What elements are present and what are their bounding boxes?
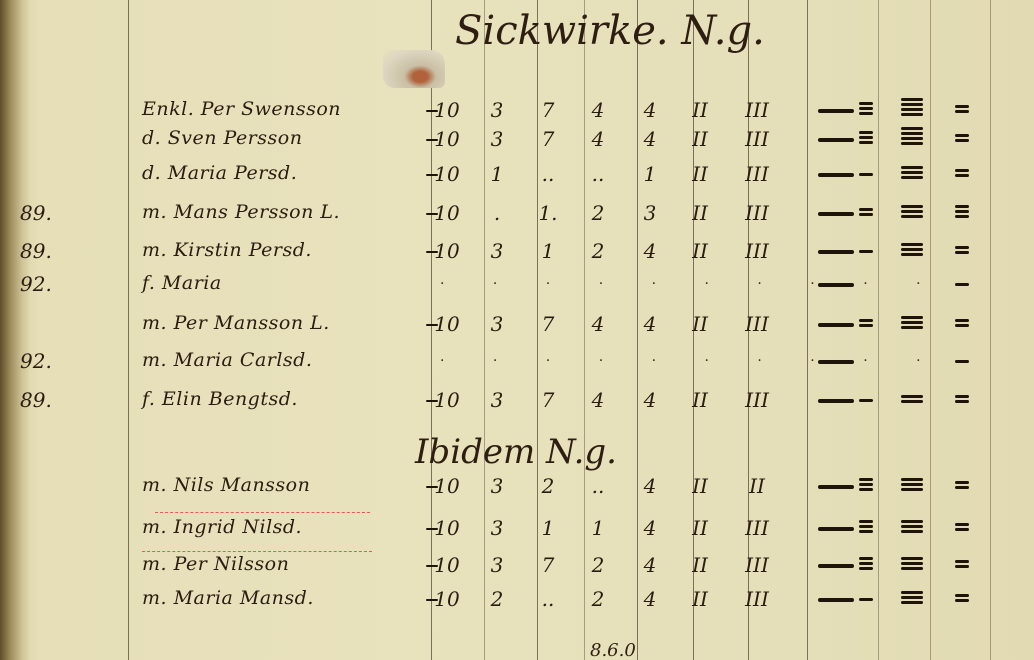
tally-marks <box>900 589 924 606</box>
value-cell: 3 <box>477 553 517 577</box>
tally-marks <box>854 100 878 117</box>
table-row: m. Maria Mansd.102..24IIIII <box>0 581 1034 617</box>
value-cell: 4 <box>630 516 670 540</box>
value-cell: 3 <box>477 127 517 151</box>
tally-marks <box>950 479 974 491</box>
tally-marks <box>900 555 924 572</box>
value-cell: 3 <box>477 388 517 412</box>
value-cell: II <box>680 587 720 611</box>
dotted-placeholder: · · · · · · · · · · <box>440 276 943 292</box>
left-margin-number: 92. <box>20 272 52 296</box>
value-cell: 10 <box>427 516 467 540</box>
value-cell: II <box>680 239 720 263</box>
value-cell: 4 <box>578 127 618 151</box>
tally-marks <box>900 96 924 118</box>
value-cell: III <box>737 553 777 577</box>
value-cell: 4 <box>630 553 670 577</box>
person-name: m. Ingrid Nilsd. <box>142 516 302 538</box>
dotted-placeholder: · · · · · · · · · · <box>440 353 943 369</box>
left-margin-number: 89. <box>20 239 52 263</box>
tally-long-stroke <box>818 109 854 113</box>
table-row: m. Ingrid Nilsd.103114IIIII <box>0 510 1034 546</box>
value-cell: 3 <box>477 312 517 336</box>
tally-long-stroke <box>818 485 854 489</box>
value-cell: 4 <box>578 312 618 336</box>
person-name: m. Maria Mansd. <box>142 587 314 609</box>
tally-marks <box>854 248 878 255</box>
value-cell: 3 <box>630 201 670 225</box>
table-row: d. Sven Persson103744IIIII <box>0 121 1034 157</box>
tally-long-stroke <box>818 283 854 287</box>
value-cell: 10 <box>427 239 467 263</box>
tally-marks <box>854 555 878 572</box>
red-dashed-annotation <box>142 551 372 552</box>
value-cell: 3 <box>477 98 517 122</box>
tally-marks <box>854 397 878 404</box>
table-row: 92.f. Maria· · · · · · · · · · <box>0 266 1034 302</box>
tally-marks <box>900 476 924 493</box>
tally-marks <box>950 132 974 144</box>
value-cell: 7 <box>528 553 568 577</box>
table-row: 89.m. Mans Persson L.10.1.23IIIII <box>0 195 1034 231</box>
tally-long-stroke <box>818 598 854 602</box>
value-cell: 10 <box>427 312 467 336</box>
value-cell: 2 <box>578 239 618 263</box>
tally-marks <box>854 317 878 329</box>
table-row: d. Maria Persd.101....1IIIII <box>0 156 1034 192</box>
value-cell: .. <box>578 474 618 498</box>
value-cell: 1. <box>528 201 568 225</box>
person-name: d. Maria Persd. <box>142 162 297 184</box>
person-name: d. Sven Persson <box>142 127 302 149</box>
value-cell: 2 <box>477 587 517 611</box>
person-name: Enkl. Per Swensson <box>142 98 341 120</box>
value-cell: II <box>680 162 720 186</box>
tally-marks <box>950 317 974 329</box>
value-cell: II <box>680 553 720 577</box>
tally-marks <box>950 281 974 288</box>
value-cell: II <box>680 388 720 412</box>
value-cell: 7 <box>528 312 568 336</box>
tally-marks <box>900 125 924 147</box>
tally-long-stroke <box>818 564 854 568</box>
value-cell: III <box>737 127 777 151</box>
person-name: f. Elin Bengtsd. <box>142 388 298 410</box>
tally-long-stroke <box>818 527 854 531</box>
value-cell: 10 <box>427 162 467 186</box>
tally-marks <box>854 518 878 535</box>
value-cell: III <box>737 587 777 611</box>
tally-long-stroke <box>818 138 854 142</box>
tally-long-stroke <box>818 173 854 177</box>
table-row: m. Per Nilsson103724IIIII <box>0 547 1034 583</box>
value-cell: 1 <box>630 162 670 186</box>
value-cell: II <box>680 474 720 498</box>
table-row: m. Per Mansson L.103744IIIII <box>0 306 1034 342</box>
value-cell: 4 <box>578 98 618 122</box>
tally-marks <box>854 171 878 178</box>
value-cell: 3 <box>477 516 517 540</box>
value-cell: III <box>737 239 777 263</box>
tally-marks <box>950 103 974 115</box>
value-cell: 3 <box>477 474 517 498</box>
value-cell: 10 <box>427 587 467 611</box>
person-name: f. Maria <box>142 272 222 294</box>
tally-marks <box>950 558 974 570</box>
value-cell: 10 <box>427 553 467 577</box>
tally-marks <box>950 167 974 179</box>
value-cell: III <box>737 312 777 336</box>
value-cell: 3 <box>477 239 517 263</box>
value-cell: III <box>737 162 777 186</box>
value-cell: 1 <box>578 516 618 540</box>
table-row: 92.m. Maria Carlsd.· · · · · · · · · · <box>0 343 1034 379</box>
value-cell: 10 <box>427 98 467 122</box>
value-cell: . <box>477 201 517 225</box>
tally-marks <box>950 358 974 365</box>
value-cell: II <box>680 312 720 336</box>
tally-marks <box>900 314 924 331</box>
tally-marks <box>900 518 924 535</box>
red-dashed-annotation <box>155 512 370 513</box>
value-cell: 10 <box>427 388 467 412</box>
value-cell: III <box>737 516 777 540</box>
person-name: m. Maria Carlsd. <box>142 349 312 371</box>
value-cell: 2 <box>578 587 618 611</box>
value-cell: 4 <box>630 388 670 412</box>
value-cell: 4 <box>578 388 618 412</box>
value-cell: 2 <box>578 553 618 577</box>
left-margin-number: 89. <box>20 201 52 225</box>
tally-long-stroke <box>818 250 854 254</box>
tally-marks <box>950 393 974 405</box>
tally-marks <box>854 596 878 603</box>
value-cell: 4 <box>630 127 670 151</box>
value-cell: III <box>737 98 777 122</box>
tally-marks <box>950 521 974 533</box>
tally-marks <box>900 203 924 220</box>
value-cell: 4 <box>630 312 670 336</box>
value-cell: 4 <box>630 98 670 122</box>
value-cell: 10 <box>427 127 467 151</box>
value-cell: .. <box>528 587 568 611</box>
value-cell: 7 <box>528 388 568 412</box>
tally-marks <box>950 244 974 256</box>
tally-long-stroke <box>818 360 854 364</box>
value-cell: 1 <box>477 162 517 186</box>
value-cell: II <box>680 516 720 540</box>
value-cell: 4 <box>630 587 670 611</box>
value-cell: 7 <box>528 127 568 151</box>
value-cell: 7 <box>528 98 568 122</box>
value-cell: 10 <box>427 201 467 225</box>
value-cell: III <box>737 388 777 412</box>
left-margin-number: 92. <box>20 349 52 373</box>
tally-long-stroke <box>818 323 854 327</box>
tally-marks <box>900 164 924 181</box>
table-row: 89.m. Kirstin Persd.103124IIIII <box>0 233 1034 269</box>
tally-marks <box>854 129 878 146</box>
tally-long-stroke <box>818 212 854 216</box>
value-cell: 1 <box>528 516 568 540</box>
section-heading: Sickwirke. N.g. <box>455 8 765 54</box>
value-cell: II <box>680 127 720 151</box>
value-cell: 2 <box>578 201 618 225</box>
value-cell: 1 <box>528 239 568 263</box>
paper-damage-stain <box>383 50 445 88</box>
table-row: m. Nils Mansson1032..4IIII <box>0 468 1034 504</box>
value-cell: II <box>680 98 720 122</box>
left-margin-number: 89. <box>20 388 52 412</box>
tally-marks <box>854 476 878 493</box>
tally-marks <box>950 592 974 604</box>
person-name: m. Per Mansson L. <box>142 312 330 334</box>
value-cell: III <box>737 201 777 225</box>
tally-marks <box>900 241 924 258</box>
value-cell: .. <box>578 162 618 186</box>
value-cell: 2 <box>528 474 568 498</box>
value-cell: 10 <box>427 474 467 498</box>
person-name: m. Nils Mansson <box>142 474 310 496</box>
person-name: m. Mans Persson L. <box>142 201 340 223</box>
table-row: 89.f. Elin Bengtsd.103744IIIII <box>0 382 1034 418</box>
value-cell: 4 <box>630 474 670 498</box>
footer-fragment: 8.6.0 <box>590 640 636 660</box>
value-cell: .. <box>528 162 568 186</box>
value-cell: II <box>737 474 777 498</box>
tally-marks <box>900 393 924 405</box>
tally-marks <box>854 206 878 218</box>
section-heading: Ibidem N.g. <box>415 432 617 472</box>
person-name: m. Per Nilsson <box>142 553 289 575</box>
value-cell: II <box>680 201 720 225</box>
tally-marks <box>950 203 974 220</box>
value-cell: 4 <box>630 239 670 263</box>
person-name: m. Kirstin Persd. <box>142 239 312 261</box>
tally-long-stroke <box>818 399 854 403</box>
